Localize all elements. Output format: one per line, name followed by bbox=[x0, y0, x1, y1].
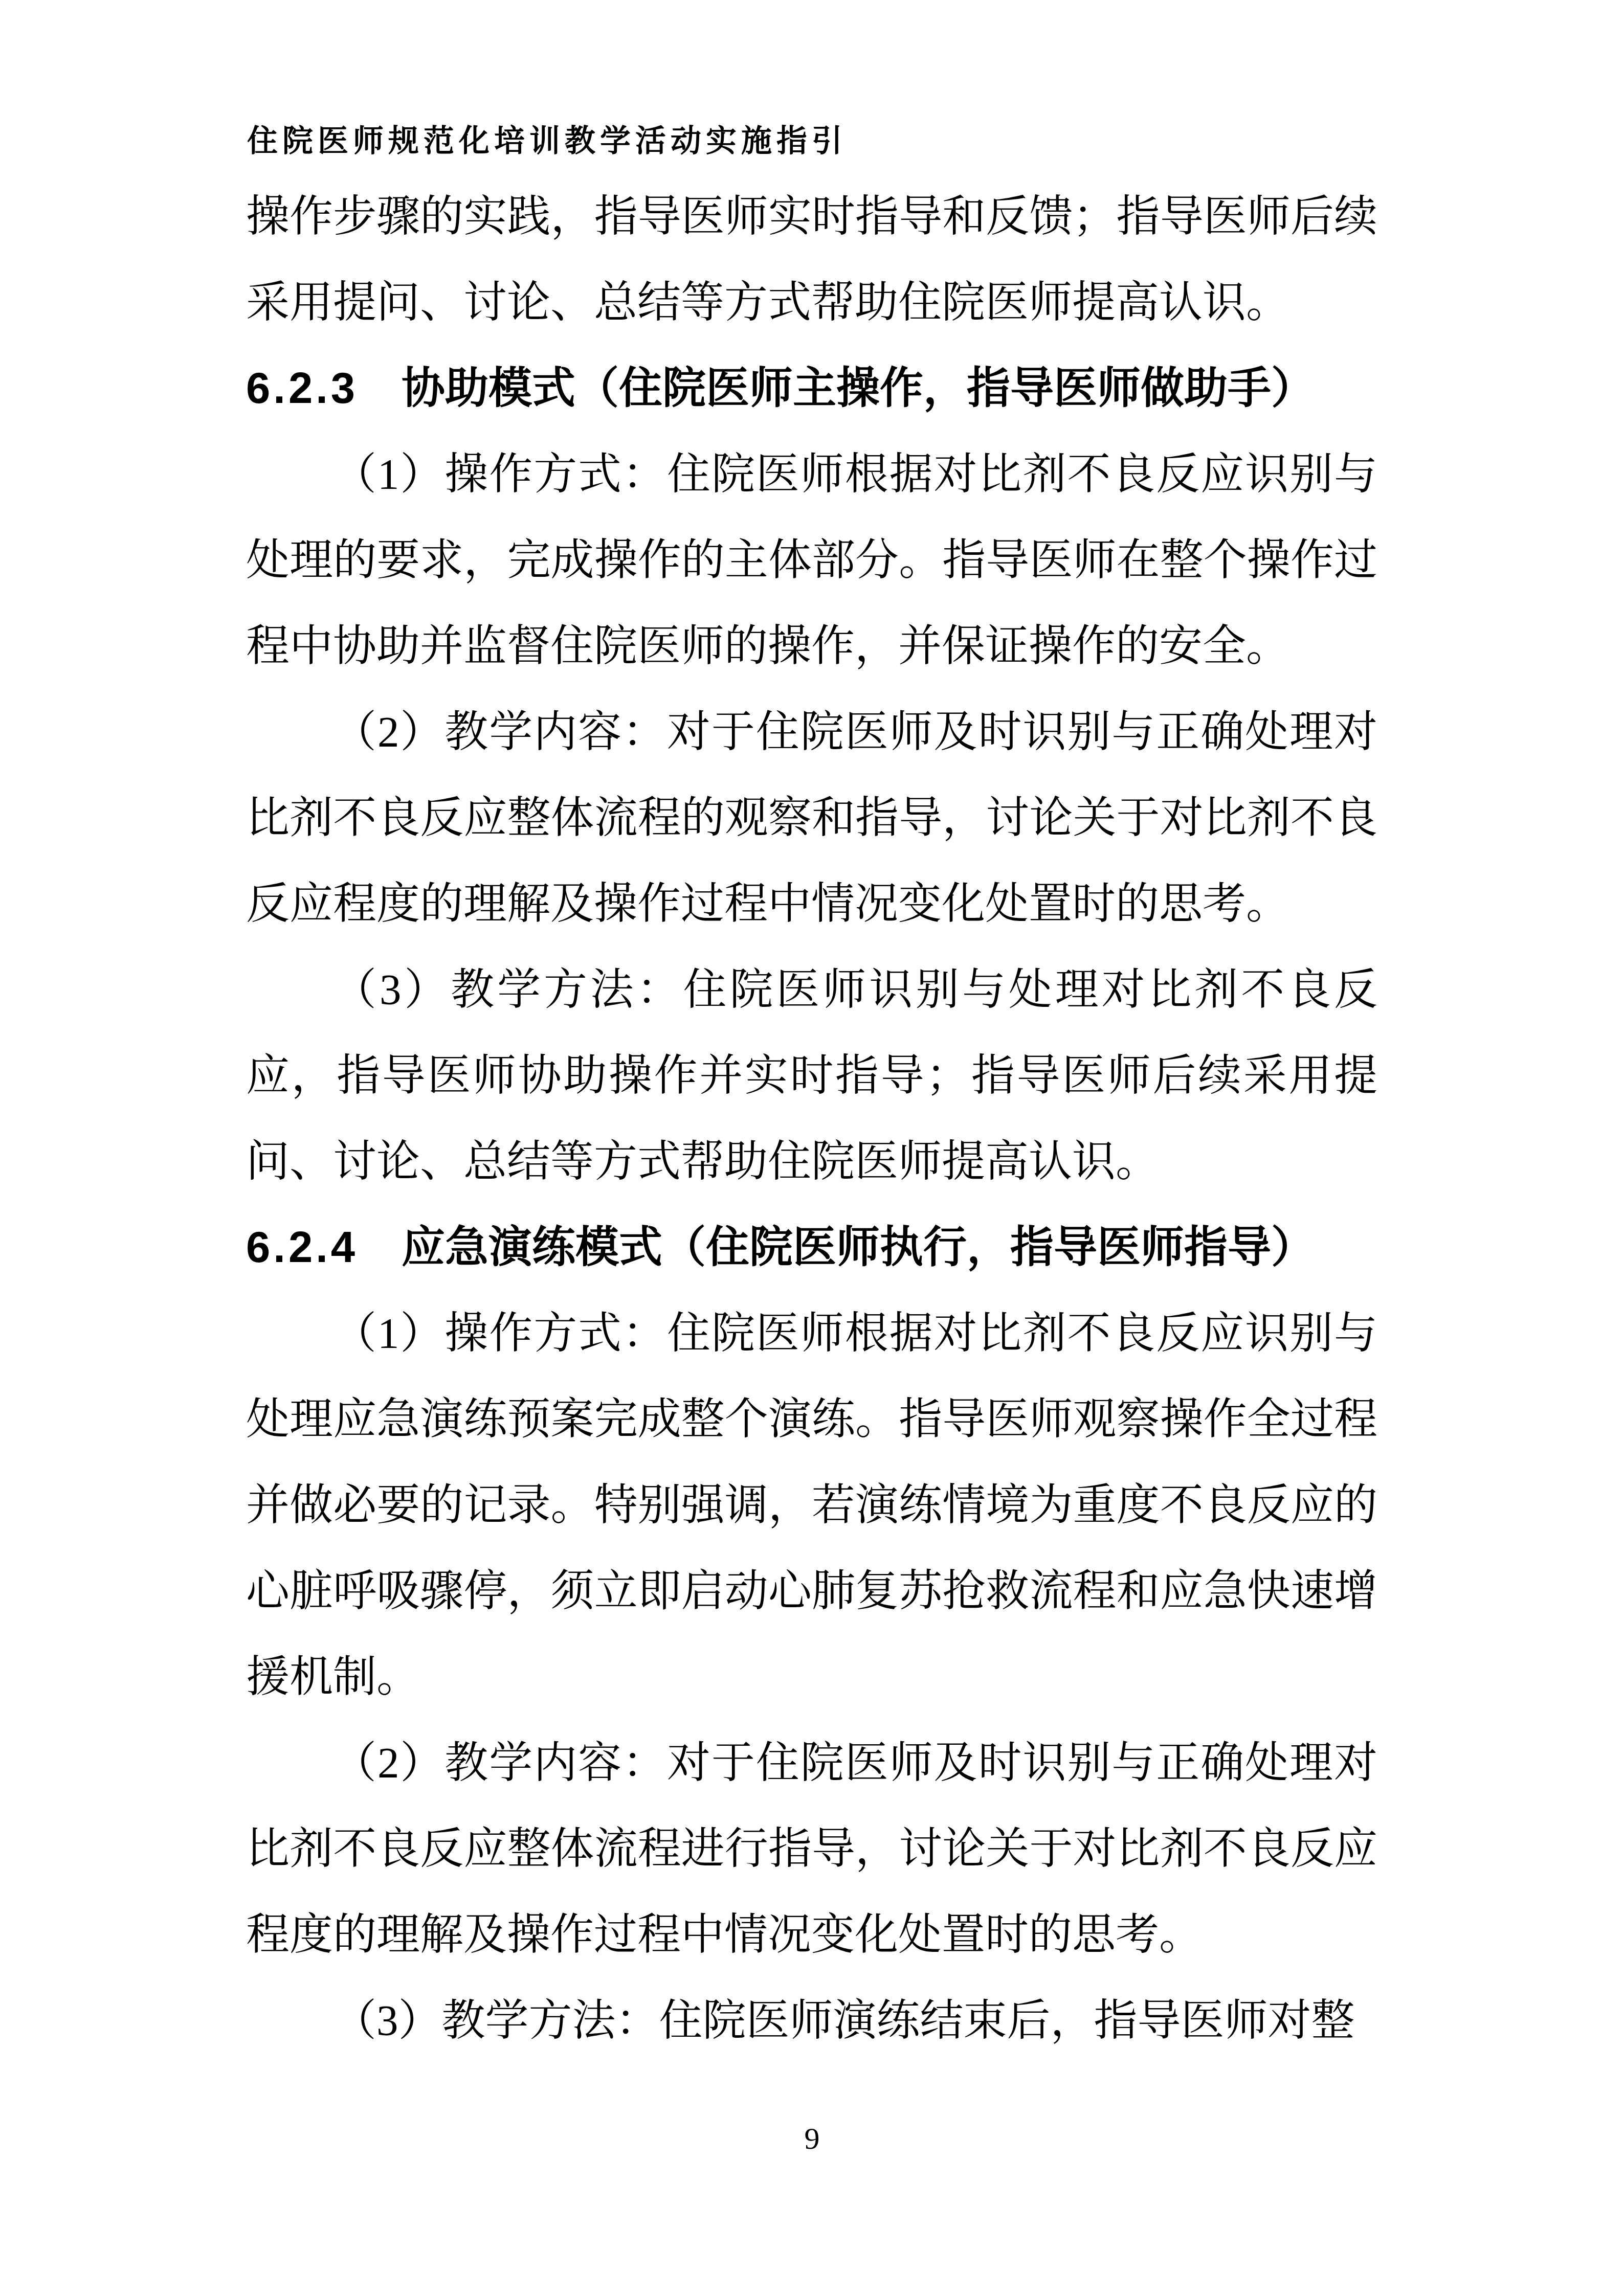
paragraph-continuation: 操作步骤的实践，指导医师实时指导和反馈；指导医师后续采用提问、讨论、总结等方式帮… bbox=[246, 174, 1377, 346]
paragraph: （1）操作方式：住院医师根据对比剂不良反应识别与处理应急演练预案完成整个演练。指… bbox=[246, 1291, 1377, 1720]
page-number: 9 bbox=[805, 2122, 820, 2155]
section-number: 6.2.3 bbox=[246, 364, 358, 413]
paragraph: （2）教学内容：对于住院医师及时识别与正确处理对比剂不良反应整体流程进行指导，讨… bbox=[246, 1720, 1377, 1978]
paragraph: （2）教学内容：对于住院医师及时识别与正确处理对比剂不良反应整体流程的观察和指导… bbox=[246, 689, 1377, 947]
section-number: 6.2.4 bbox=[246, 1223, 358, 1272]
section-title: 应急演练模式（住院医师执行，指导医师指导） bbox=[402, 1224, 1315, 1272]
page-header: 住院医师规范化培训教学活动实施指引 bbox=[247, 117, 847, 161]
section-title: 协助模式（住院医师主操作，指导医师做助手） bbox=[402, 365, 1315, 413]
paragraph: （3）教学方法：住院医师识别与处理对比剂不良反应，指导医师协助操作并实时指导；指… bbox=[246, 947, 1377, 1205]
section-heading-623: 6.2.3协助模式（住院医师主操作，指导医师做助手） bbox=[246, 346, 1377, 432]
document-body: 操作步骤的实践，指导医师实时指导和反馈；指导医师后续采用提问、讨论、总结等方式帮… bbox=[246, 174, 1377, 2064]
section-heading-624: 6.2.4应急演练模式（住院医师执行，指导医师指导） bbox=[246, 1205, 1377, 1291]
paragraph: （3）教学方法：住院医师演练结束后，指导医师对整 bbox=[246, 1978, 1377, 2064]
document-page: 住院医师规范化培训教学活动实施指引 操作步骤的实践，指导医师实时指导和反馈；指导… bbox=[0, 0, 1624, 2296]
paragraph: （1）操作方式：住院医师根据对比剂不良反应识别与处理的要求，完成操作的主体部分。… bbox=[246, 432, 1377, 689]
page-footer: 9 bbox=[0, 2121, 1624, 2156]
